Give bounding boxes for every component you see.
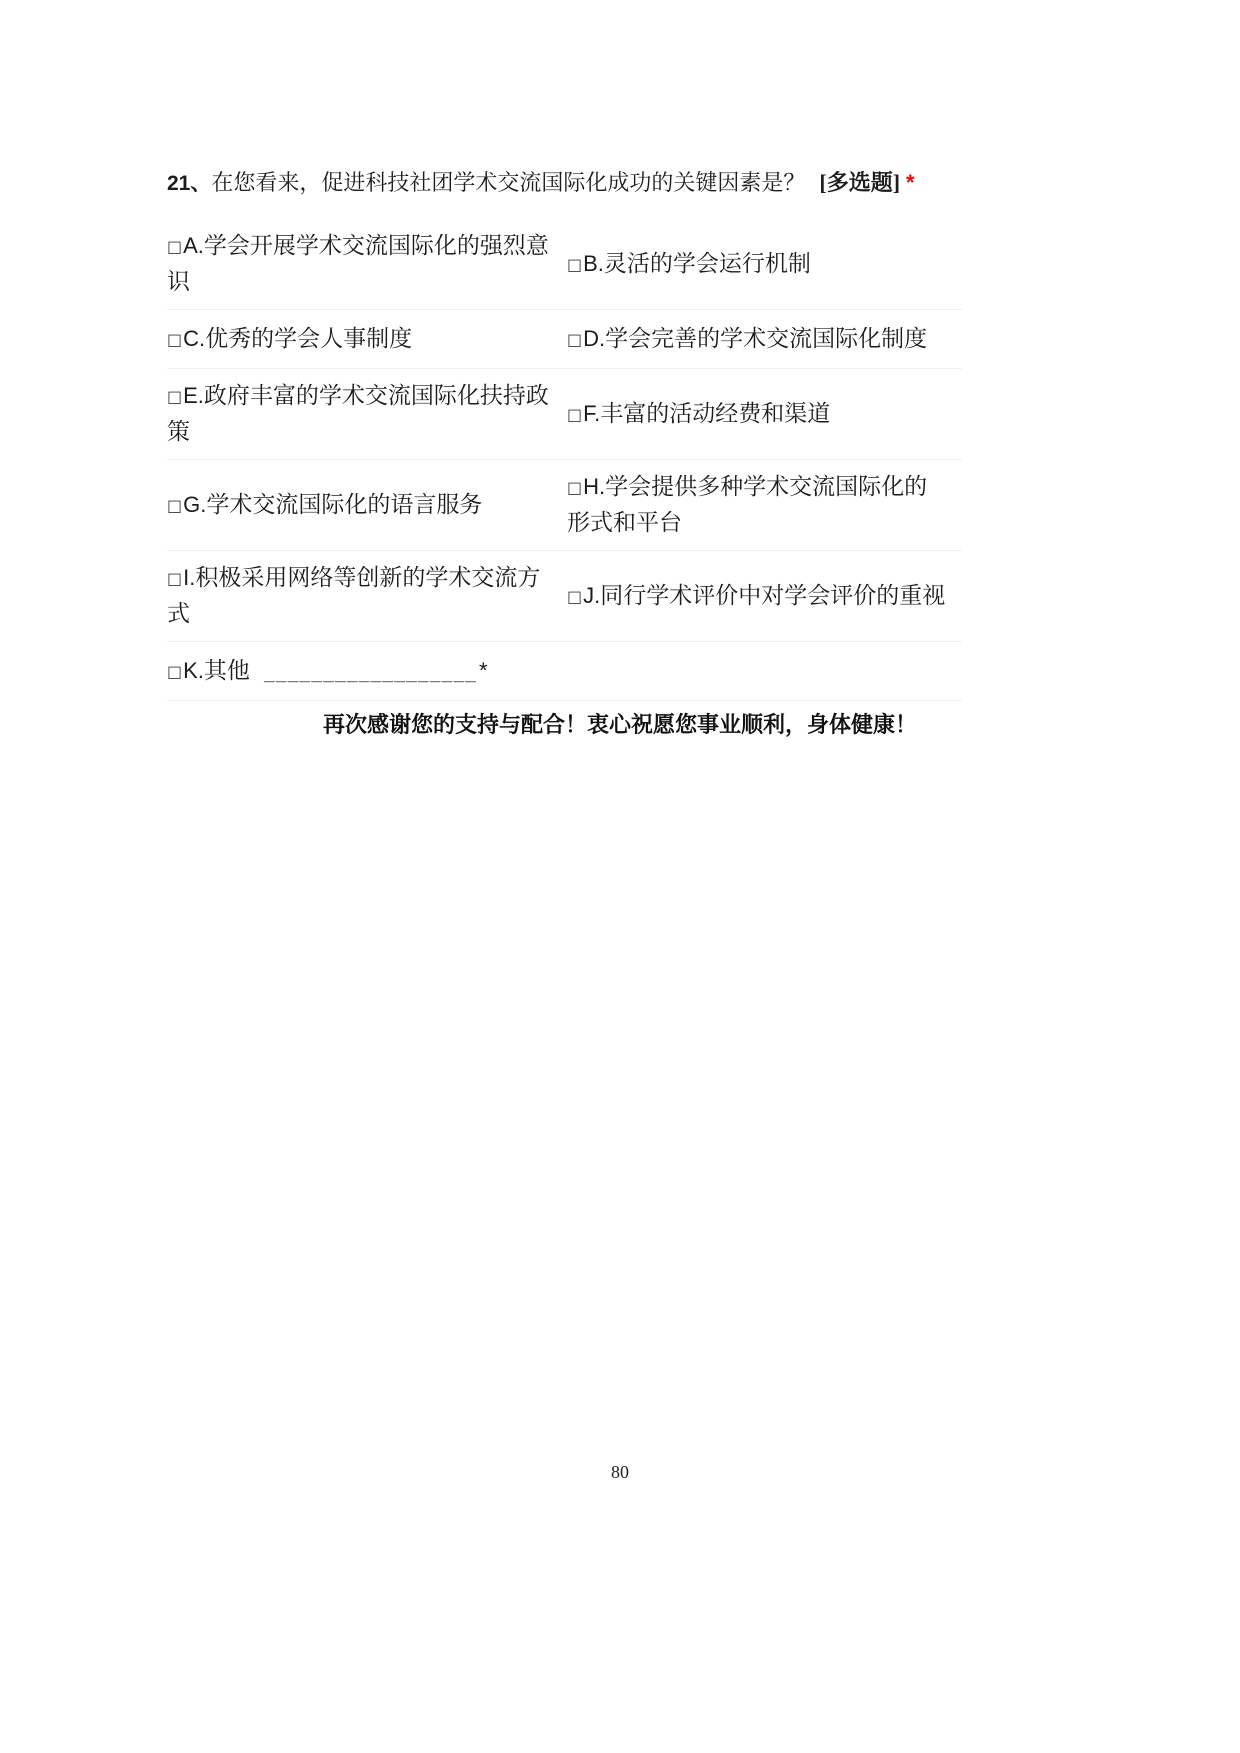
option-letter: D.: [583, 326, 605, 351]
option-letter: C.: [183, 326, 205, 351]
checkbox-icon[interactable]: □: [567, 403, 582, 428]
option-A[interactable]: □A.学会开展学术交流国际化的强烈意识: [167, 219, 567, 309]
option-text: 灵活的学会运行机制: [604, 251, 811, 276]
checkbox-icon[interactable]: □: [167, 494, 182, 519]
required-asterisk-icon: *: [906, 170, 915, 195]
option-text: 优秀的学会人事制度: [205, 326, 412, 351]
option-text: 学会开展学术交流国际化的强烈意识: [167, 233, 549, 294]
option-letter: A.: [183, 233, 204, 258]
option-text: 积极采用网络等创新的学术交流方式: [167, 565, 540, 626]
option-letter: I.: [183, 565, 195, 590]
option-row-1: □A.学会开展学术交流国际化的强烈意识 □B.灵活的学会运行机制: [167, 219, 962, 310]
option-letter: F.: [583, 401, 600, 426]
option-D[interactable]: □D.学会完善的学术交流国际化制度: [567, 310, 962, 368]
checkbox-icon[interactable]: □: [567, 328, 582, 353]
option-letter: K.: [183, 658, 204, 683]
option-letter: E.: [183, 383, 204, 408]
question-type-tag: [多选题]: [819, 170, 900, 195]
page-number: 80: [0, 1462, 1240, 1483]
question-title: 21、在您看来，促进科技社团学术交流国际化成功的关键因素是？[多选题]*: [167, 168, 962, 199]
option-C[interactable]: □C.优秀的学会人事制度: [167, 310, 567, 368]
checkbox-icon[interactable]: □: [567, 476, 582, 501]
option-text: 政府丰富的学术交流国际化扶持政策: [167, 383, 549, 444]
option-F[interactable]: □F.丰富的活动经费和渠道: [567, 369, 962, 459]
document-page: 21、在您看来，促进科技社团学术交流国际化成功的关键因素是？[多选题]* □A.…: [0, 0, 1240, 1753]
option-K[interactable]: □K.其他__________________*: [167, 642, 567, 700]
closing-message: 再次感谢您的支持与配合！衷心祝愿您事业顺利，身体健康！: [0, 708, 1240, 739]
option-J[interactable]: □J.同行学术评价中对学会评价的重视: [567, 551, 962, 641]
checkbox-icon[interactable]: □: [167, 660, 182, 685]
other-blank-input[interactable]: __________________: [264, 662, 477, 683]
checkbox-icon[interactable]: □: [567, 253, 582, 278]
question-text: 在您看来，促进科技社团学术交流国际化成功的关键因素是？: [211, 170, 805, 195]
blank-required-asterisk-icon: *: [479, 658, 488, 683]
option-row-5: □I.积极采用网络等创新的学术交流方式 □J.同行学术评价中对学会评价的重视: [167, 551, 962, 642]
option-I[interactable]: □I.积极采用网络等创新的学术交流方式: [167, 551, 567, 641]
option-text: 学会完善的学术交流国际化制度: [605, 326, 927, 351]
option-text: 学术交流国际化的语言服务: [206, 492, 482, 517]
option-row-6: □K.其他__________________*: [167, 642, 962, 701]
question-number: 21、: [167, 172, 211, 195]
option-text: 学会提供多种学术交流国际化的形式和平台: [567, 474, 927, 535]
option-row-2: □C.优秀的学会人事制度 □D.学会完善的学术交流国际化制度: [167, 310, 962, 369]
empty-cell: [567, 642, 962, 700]
option-letter: G.: [183, 492, 206, 517]
option-G[interactable]: □G.学术交流国际化的语言服务: [167, 460, 567, 550]
option-row-3: □E.政府丰富的学术交流国际化扶持政策 □F.丰富的活动经费和渠道: [167, 369, 962, 460]
checkbox-icon[interactable]: □: [167, 385, 182, 410]
option-text: 其他: [204, 658, 250, 683]
option-letter: H.: [583, 474, 605, 499]
checkbox-icon[interactable]: □: [567, 585, 582, 610]
option-H[interactable]: □H.学会提供多种学术交流国际化的形式和平台: [567, 460, 962, 550]
checkbox-icon[interactable]: □: [167, 328, 182, 353]
question-block: 21、在您看来，促进科技社团学术交流国际化成功的关键因素是？[多选题]* □A.…: [167, 168, 962, 701]
option-text: 同行学术评价中对学会评价的重视: [600, 583, 945, 608]
checkbox-icon[interactable]: □: [167, 235, 182, 260]
option-B[interactable]: □B.灵活的学会运行机制: [567, 219, 962, 309]
option-text: 丰富的活动经费和渠道: [600, 401, 830, 426]
option-letter: B.: [583, 251, 604, 276]
checkbox-icon[interactable]: □: [167, 567, 182, 592]
option-letter: J.: [583, 583, 600, 608]
option-E[interactable]: □E.政府丰富的学术交流国际化扶持政策: [167, 369, 567, 459]
option-row-4: □G.学术交流国际化的语言服务 □H.学会提供多种学术交流国际化的形式和平台: [167, 460, 962, 551]
